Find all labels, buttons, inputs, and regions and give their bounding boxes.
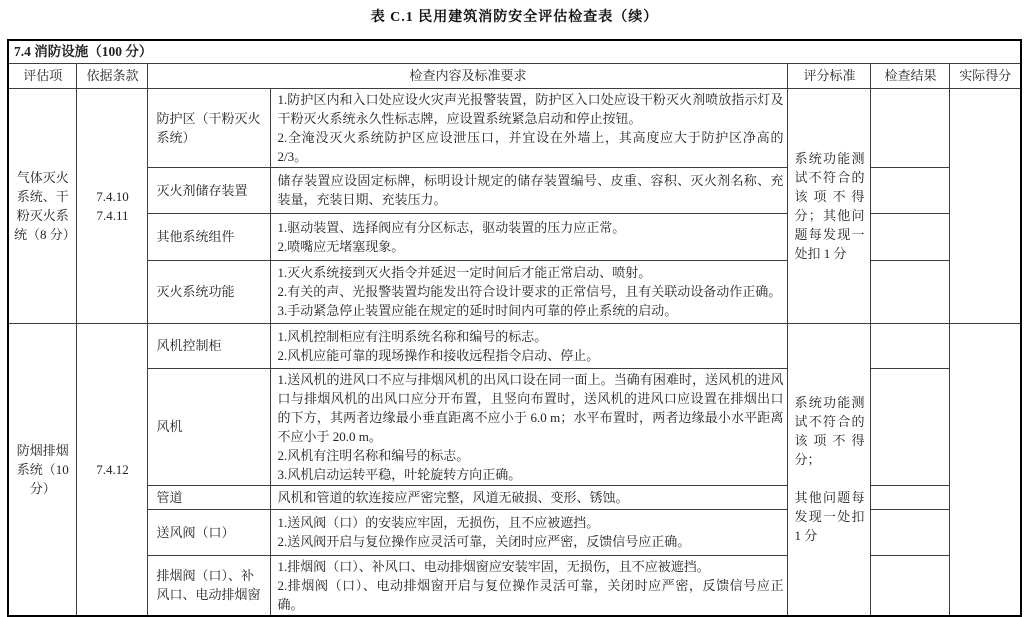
content-line: 2.喷嘴应无堵塞现象。 — [277, 237, 783, 256]
header-score: 实际得分 — [950, 63, 1021, 88]
content-line: 2.排烟阀（口）、电动排烟窗开启与复位操作灵活可靠，关闭时应严密，反馈信号应正确… — [277, 576, 783, 614]
content-line: 1.风机控制柜应有注明系统名称和编号的标志。 — [277, 327, 783, 346]
content-cell: 储存装置应设固定标牌，标明设计规定的储存装置编号、皮重、容积、灭火剂名称、充装量… — [271, 167, 788, 213]
content-line: 2.全淹没灭火系统防护区应设泄压口，并宜设在外墙上，其高度应大于防护区净高的 2… — [277, 128, 783, 166]
subitem-label: 管道 — [156, 488, 264, 507]
subitem-cell: 防护区（干粉灭火系统） — [148, 88, 271, 167]
subitem-label: 风机 — [156, 417, 264, 436]
assessment-item-label: 防烟排烟系统（10 分） — [14, 441, 72, 498]
content-cell: 1.送风阀（口）的安装应牢固，无损伤，且不应被遮挡。 2.送风阀开启与复位操作应… — [271, 509, 788, 555]
content-line: 3.风机启动运转平稳，叶轮旋转方向正确。 — [277, 465, 783, 484]
subitem-label: 灭火剂储存装置 — [156, 181, 264, 200]
subitem-cell: 其他系统组件 — [148, 213, 271, 260]
subitem-cell: 风机 — [148, 368, 271, 485]
scoring-text: 系统功能测试不符合的该项不得分； — [794, 393, 864, 469]
subitem-label: 排烟阀（口）、补风口、电动排烟窗 — [156, 566, 264, 604]
content-cell: 1.驱动装置、选择阀应有分区标志，驱动装置的压力应正常。 2.喷嘴应无堵塞现象。 — [271, 213, 788, 260]
result-cell — [871, 323, 950, 368]
content-line: 风机和管道的软连接应严密完整，风道无破损、变形、锈蚀。 — [277, 488, 783, 507]
content-cell: 1.送风机的进风口不应与排烟风机的出风口设在同一面上。当确有困难时，送风机的进风… — [271, 368, 788, 485]
table-row: 防烟排烟系统（10 分） 7.4.12 风机控制柜 1.风机控制柜应有注明系统名… — [8, 323, 1021, 368]
subitem-label: 风机控制柜 — [156, 336, 264, 355]
clause-cell: 7.4.12 — [77, 323, 148, 616]
header-scoring: 评分标准 — [788, 63, 871, 88]
subitem-cell: 排烟阀（口）、补风口、电动排烟窗 — [148, 555, 271, 616]
content-line: 1.送风机的进风口不应与排烟风机的出风口设在同一面上。当确有困难时，送风机的进风… — [277, 370, 783, 446]
clause-cell: 7.4.10 7.4.11 — [77, 88, 148, 323]
content-cell: 1.风机控制柜应有注明系统名称和编号的标志。 2.风机应能可靠的现场操作和接收远… — [271, 323, 788, 368]
content-cell: 1.灭火系统接到灭火指令并延迟一定时间后才能正常启动、喷射。 2.有关的声、光报… — [271, 260, 788, 323]
content-cell: 1.排烟阀（口）、补风口、电动排烟窗应安装牢固，无损伤，且不应被遮挡。 2.排烟… — [271, 555, 788, 616]
result-cell — [871, 509, 950, 555]
column-header-row: 评估项 依据条款 检查内容及标准要求 评分标准 检查结果 实际得分 — [8, 63, 1021, 88]
clause-number: 7.4.10 — [79, 187, 145, 206]
content-cell: 1.防护区内和入口处应设火灾声光报警装置，防护区入口处应设干粉灭火剂喷放指示灯及… — [271, 88, 788, 167]
header-basis: 依据条款 — [77, 63, 148, 88]
subitem-label: 灭火系统功能 — [156, 282, 264, 301]
assessment-item-label: 气体灭火系统、干粉灭火系统（8 分） — [14, 168, 72, 244]
score-cell — [950, 323, 1021, 616]
content-line: 2.有关的声、光报警装置均能发出符合设计要求的正常信号，且有关联动设备动作正确。 — [277, 282, 783, 301]
subitem-cell: 管道 — [148, 485, 271, 509]
content-line: 1.送风阀（口）的安装应牢固，无损伤，且不应被遮挡。 — [277, 513, 783, 532]
result-cell — [871, 368, 950, 485]
assessment-item-cell: 防烟排烟系统（10 分） — [8, 323, 77, 616]
table-row: 气体灭火系统、干粉灭火系统（8 分） 7.4.10 7.4.11 防护区（干粉灭… — [8, 88, 1021, 167]
subitem-cell: 风机控制柜 — [148, 323, 271, 368]
content-line: 2.风机有注明名称和编号的标志。 — [277, 446, 783, 465]
result-cell — [871, 260, 950, 323]
section-title: 7.4 消防设施（100 分） — [8, 40, 1021, 63]
subitem-label: 其他系统组件 — [156, 227, 264, 246]
subitem-label: 送风阀（口） — [156, 523, 264, 542]
content-line: 1.驱动装置、选择阀应有分区标志，驱动装置的压力应正常。 — [277, 218, 783, 237]
subitem-cell: 灭火系统功能 — [148, 260, 271, 323]
content-cell: 风机和管道的软连接应严密完整，风道无破损、变形、锈蚀。 — [271, 485, 788, 509]
scoring-text: 其他问题每发现一处扣 1 分 — [794, 488, 864, 545]
content-line: 1.防护区内和入口处应设火灾声光报警装置，防护区入口处应设干粉灭火剂喷放指示灯及… — [277, 90, 783, 128]
result-cell — [871, 213, 950, 260]
scoring-cell: 系统功能测试不符合的该项不得分；其他问题每发现一处扣 1 分 — [788, 88, 871, 323]
result-cell — [871, 485, 950, 509]
subitem-cell: 送风阀（口） — [148, 509, 271, 555]
header-item: 评估项 — [8, 63, 77, 88]
section-title-row: 7.4 消防设施（100 分） — [8, 40, 1021, 63]
scoring-text: 系统功能测试不符合的该项不得分；其他问题每发现一处扣 1 分 — [794, 149, 864, 263]
content-line: 3.手动紧急停止装置应能在规定的延时时间内可靠的停止系统的启动。 — [277, 301, 783, 320]
document-title: 表 C.1 民用建筑消防安全评估检查表（续） — [0, 0, 1029, 26]
scoring-cell: 系统功能测试不符合的该项不得分； 其他问题每发现一处扣 1 分 — [788, 323, 871, 616]
subitem-label: 防护区（干粉灭火系统） — [156, 109, 264, 147]
content-line: 1.灭火系统接到灭火指令并延迟一定时间后才能正常启动、喷射。 — [277, 263, 783, 282]
subitem-cell: 灭火剂储存装置 — [148, 167, 271, 213]
clause-number: 7.4.12 — [79, 460, 145, 479]
content-line: 2.送风阀开启与复位操作应灵活可靠，关闭时应严密，反馈信号应正确。 — [277, 532, 783, 551]
result-cell — [871, 167, 950, 213]
header-content: 检查内容及标准要求 — [148, 63, 788, 88]
header-result: 检查结果 — [871, 63, 950, 88]
clause-number: 7.4.11 — [79, 206, 145, 225]
result-cell — [871, 555, 950, 616]
content-line: 储存装置应设固定标牌，标明设计规定的储存装置编号、皮重、容积、灭火剂名称、充装量… — [277, 171, 783, 209]
content-line: 1.排烟阀（口）、补风口、电动排烟窗应安装牢固，无损伤，且不应被遮挡。 — [277, 557, 783, 576]
score-cell — [950, 88, 1021, 323]
result-cell — [871, 88, 950, 167]
content-line: 2.风机应能可靠的现场操作和接收远程指令启动、停止。 — [277, 346, 783, 365]
assessment-item-cell: 气体灭火系统、干粉灭火系统（8 分） — [8, 88, 77, 323]
assessment-checklist-table: 7.4 消防设施（100 分） 评估项 依据条款 检查内容及标准要求 评分标准 … — [7, 39, 1022, 617]
